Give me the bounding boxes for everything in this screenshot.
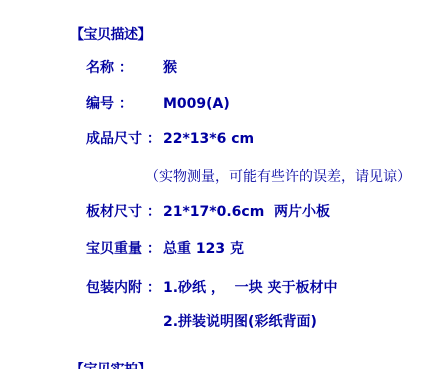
product-description-page: 【宝贝描述】 名称 ： 猴 编号 ： M009(A) 成品尺寸 ： 22*13*… — [0, 0, 444, 374]
finished-size-value: 22*13*6 cm — [163, 131, 254, 147]
package-contents-label: 包装内附 ： — [86, 280, 163, 296]
model-number-label: 编号 ： — [86, 96, 163, 112]
row-board-size: 板材尺寸 ： 21*17*0.6cm 两片小板 — [86, 204, 330, 220]
next-section-header-clipped: 【宝贝实拍】 — [70, 362, 151, 369]
finished-size-label: 成品尺寸 ： — [86, 131, 163, 147]
measurement-disclaimer-note: （实物测量，可能有些许的误差，请见谅） — [145, 169, 411, 185]
board-size-label: 板材尺寸 ： — [86, 204, 163, 220]
item-weight-label: 宝贝重量 ： — [86, 241, 163, 257]
item-weight-value: 总重 123 克 — [163, 241, 244, 257]
row-item-weight: 宝贝重量 ： 总重 123 克 — [86, 241, 244, 257]
row-package-contents: 包装内附 ： 1.砂纸 ， 一块 夹于板材中 — [86, 280, 338, 296]
row-model-number: 编号 ： M009(A) — [86, 96, 230, 112]
row-name: 名称 ： 猴 — [86, 60, 177, 76]
name-value: 猴 — [163, 60, 177, 76]
model-number-value: M009(A) — [163, 96, 230, 112]
package-contents-item-1: 1.砂纸 ， 一块 夹于板材中 — [163, 280, 338, 296]
section-header-item-description: 【宝贝描述】 — [70, 27, 151, 43]
board-size-value: 21*17*0.6cm 两片小板 — [163, 204, 330, 220]
package-contents-item-2: 2.拼装说明图(彩纸背面) — [163, 314, 317, 330]
row-finished-size: 成品尺寸 ： 22*13*6 cm — [86, 131, 254, 147]
name-label: 名称 ： — [86, 60, 163, 76]
